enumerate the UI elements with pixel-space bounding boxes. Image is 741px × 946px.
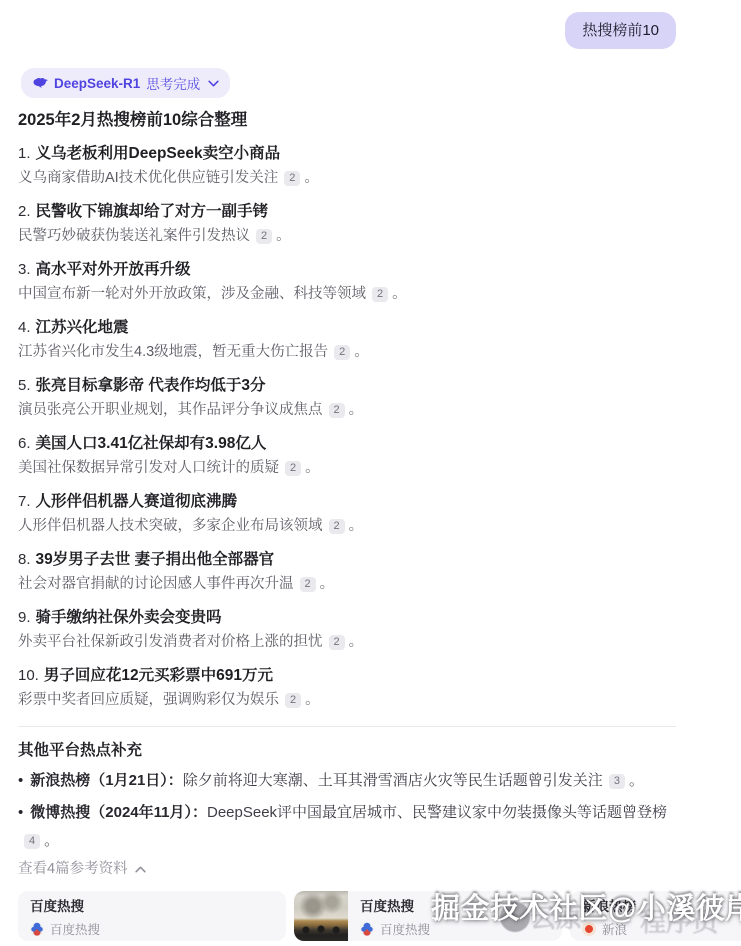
item-number: 4. bbox=[18, 319, 31, 336]
citation-badge[interactable]: 2 bbox=[300, 577, 316, 592]
item-number: 6. bbox=[18, 435, 31, 452]
references-toggle[interactable]: 查看4篇参考资料 bbox=[18, 858, 146, 880]
item-description: 人形伴侣机器人技术突破，多家企业布局该领域2。 bbox=[18, 514, 676, 538]
deepseek-whale-icon bbox=[32, 77, 48, 89]
citation-badge[interactable]: 2 bbox=[372, 287, 388, 302]
list-item: 6.美国人口3.41亿社保却有3.98亿人 美国社保数据异常引发对人口统计的质疑… bbox=[18, 432, 676, 480]
citation-badge[interactable]: 2 bbox=[329, 519, 345, 534]
list-item: 8.39岁男子去世 妻子捐出他全部器官 社会对器官捐献的讨论因感人事件再次升温2… bbox=[18, 548, 676, 596]
citation-badge[interactable]: 2 bbox=[284, 171, 300, 186]
item-headline: 8.39岁男子去世 妻子捐出他全部器官 bbox=[18, 548, 676, 572]
references-toggle-label: 查看4篇参考资料 bbox=[18, 858, 128, 880]
card-source: 百度热搜 bbox=[50, 920, 100, 938]
baidu-favicon-icon bbox=[30, 922, 44, 936]
item-description: 美国社保数据异常引发对人口统计的质疑2。 bbox=[18, 456, 676, 480]
citation-badge[interactable]: 4 bbox=[24, 834, 40, 849]
list-item: 4.江苏兴化地震 江苏省兴化市发生4.3级地震，暂无重大伤亡报告2。 bbox=[18, 316, 676, 364]
citation-badge[interactable]: 2 bbox=[329, 635, 345, 650]
item-description: 江苏省兴化市发生4.3级地震，暂无重大伤亡报告2。 bbox=[18, 340, 676, 364]
item-number: 10. bbox=[18, 667, 39, 684]
list-item: 2.民警收下锦旗却给了对方一副手铐 民警巧妙破获伪装送礼案件引发热议2。 bbox=[18, 200, 676, 248]
citation-badge[interactable]: 3 bbox=[609, 774, 625, 789]
card-title: 百度热搜 bbox=[30, 899, 100, 915]
item-headline: 2.民警收下锦旗却给了对方一副手铐 bbox=[18, 200, 676, 224]
card-source: 百度热搜 bbox=[380, 920, 430, 938]
chat-page: 热搜榜前10 DeepSeek-R1 思考完成 2025年2月热搜榜前10综合整… bbox=[0, 0, 741, 941]
bullet-marker: • bbox=[18, 804, 23, 821]
item-number: 5. bbox=[18, 377, 31, 394]
item-number: 8. bbox=[18, 551, 31, 568]
other-platforms-heading: 其他平台热点补充 bbox=[18, 739, 676, 763]
item-number: 1. bbox=[18, 145, 31, 162]
answer-title: 2025年2月热搜榜前10综合整理 bbox=[18, 109, 676, 132]
item-description: 外卖平台社保新政引发消费者对价格上涨的担忧2。 bbox=[18, 630, 676, 654]
user-message-row: 热搜榜前10 bbox=[18, 0, 676, 49]
reference-cards-row[interactable]: 百度热搜 百度热搜 百度热搜 百度热搜 新浪热榜 bbox=[18, 891, 741, 941]
card-source: 新浪 bbox=[602, 920, 627, 938]
item-number: 2. bbox=[18, 203, 31, 220]
model-name: DeepSeek-R1 bbox=[54, 76, 140, 91]
reference-card[interactable]: 百度热搜 百度热搜 bbox=[18, 891, 286, 941]
item-description: 彩票中奖者回应质疑，强调购彩仅为娱乐2。 bbox=[18, 688, 676, 712]
item-headline: 1.义乌老板利用DeepSeek卖空小商品 bbox=[18, 142, 676, 166]
model-thinking-badge[interactable]: DeepSeek-R1 思考完成 bbox=[21, 68, 230, 98]
item-description: 中国宣布新一轮对外开放政策，涉及金融、科技等领域2。 bbox=[18, 282, 676, 306]
list-item: 1.义乌老板利用DeepSeek卖空小商品 义乌商家借助AI技术优化供应链引发关… bbox=[18, 142, 676, 190]
list-item: 10.男子回应花12元买彩票中691万元 彩票中奖者回应质疑，强调购彩仅为娱乐2… bbox=[18, 664, 676, 712]
chevron-down-icon bbox=[208, 80, 219, 87]
item-description: 义乌商家借助AI技术优化供应链引发关注2。 bbox=[18, 166, 676, 190]
baidu-favicon-icon bbox=[360, 922, 374, 936]
item-description: 演员张亮公开职业规划，其作品评分争议成焦点2。 bbox=[18, 398, 676, 422]
citation-badge[interactable]: 2 bbox=[334, 345, 350, 360]
reference-card[interactable]: 新浪热榜 新浪 bbox=[570, 891, 741, 941]
reference-card[interactable]: 百度热搜 百度热搜 bbox=[294, 891, 562, 941]
bullet-item: •微博热搜（2024年11月）：DeepSeek评中国最宜居城市、民警建议家中勿… bbox=[18, 799, 676, 855]
hot-search-list: 1.义乌老板利用DeepSeek卖空小商品 义乌商家借助AI技术优化供应链引发关… bbox=[18, 142, 676, 712]
bullet-marker: • bbox=[18, 772, 23, 789]
chevron-up-icon bbox=[135, 866, 146, 873]
item-headline: 10.男子回应花12元买彩票中691万元 bbox=[18, 664, 676, 688]
item-headline: 7.人形伴侣机器人赛道彻底沸腾 bbox=[18, 490, 676, 514]
section-divider bbox=[18, 726, 676, 727]
item-headline: 4.江苏兴化地震 bbox=[18, 316, 676, 340]
card-thumbnail-image bbox=[294, 891, 348, 941]
bullet-item: •新浪热榜（1月21日）：除夕前将迎大寒潮、土耳其滑雪酒店火灾等民生话题曾引发关… bbox=[18, 767, 676, 795]
list-item: 3.高水平对外开放再升级 中国宣布新一轮对外开放政策，涉及金融、科技等领域2。 bbox=[18, 258, 676, 306]
sina-favicon-icon bbox=[582, 922, 596, 936]
thinking-status: 思考完成 bbox=[146, 73, 200, 93]
item-description: 民警巧妙破获伪装送礼案件引发热议2。 bbox=[18, 224, 676, 248]
citation-badge[interactable]: 2 bbox=[285, 693, 301, 708]
item-number: 7. bbox=[18, 493, 31, 510]
card-title: 百度热搜 bbox=[360, 899, 430, 915]
user-message-bubble: 热搜榜前10 bbox=[565, 12, 676, 49]
item-headline: 9.骑手缴纳社保外卖会变贵吗 bbox=[18, 606, 676, 630]
citation-badge[interactable]: 2 bbox=[329, 403, 345, 418]
item-number: 9. bbox=[18, 609, 31, 626]
card-title: 新浪热榜 bbox=[582, 899, 636, 915]
list-item: 5.张亮目标拿影帝 代表作均低于3分 演员张亮公开职业规划，其作品评分争议成焦点… bbox=[18, 374, 676, 422]
list-item: 7.人形伴侣机器人赛道彻底沸腾 人形伴侣机器人技术突破，多家企业布局该领域2。 bbox=[18, 490, 676, 538]
item-headline: 6.美国人口3.41亿社保却有3.98亿人 bbox=[18, 432, 676, 456]
item-description: 社会对器官捐献的讨论因感人事件再次升温2。 bbox=[18, 572, 676, 596]
citation-badge[interactable]: 2 bbox=[256, 229, 272, 244]
item-number: 3. bbox=[18, 261, 31, 278]
list-item: 9.骑手缴纳社保外卖会变贵吗 外卖平台社保新政引发消费者对价格上涨的担忧2。 bbox=[18, 606, 676, 654]
item-headline: 5.张亮目标拿影帝 代表作均低于3分 bbox=[18, 374, 676, 398]
citation-badge[interactable]: 2 bbox=[285, 461, 301, 476]
item-headline: 3.高水平对外开放再升级 bbox=[18, 258, 676, 282]
